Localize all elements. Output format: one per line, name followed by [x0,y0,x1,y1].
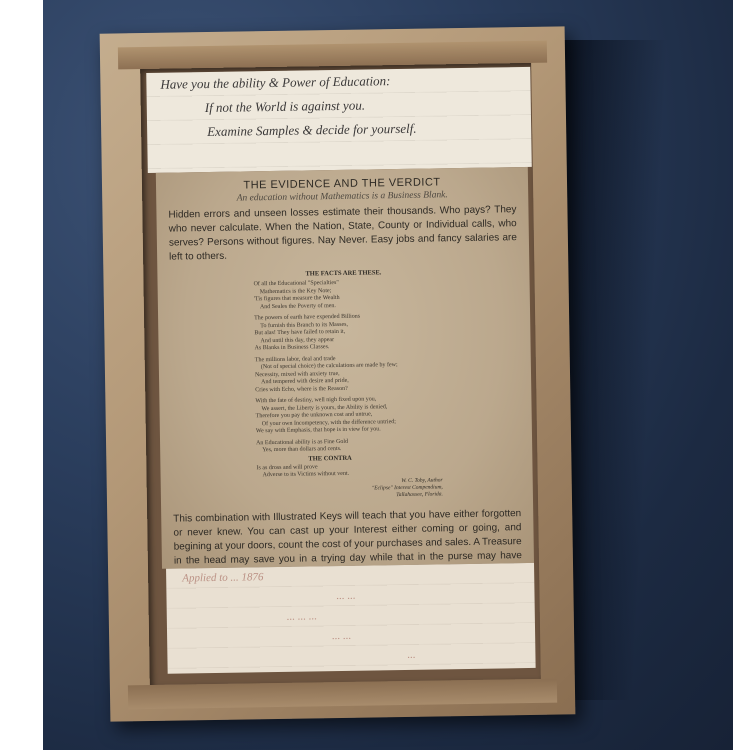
printed-broadside: THE EVIDENCE AND THE VERDICT An educatio… [156,167,534,569]
signature: W. C. Toby, Author "Eclipse" Interest Co… [161,475,533,502]
poem-stanza: The millions labor, deal and trade (Not … [255,352,532,394]
intro-paragraph: Hidden errors and unseen losses estimate… [156,203,529,265]
handwritten-note-top: Have you the ability & Power of Educatio… [146,67,532,173]
poem-stanza: The powers of earth have expended Billio… [254,311,531,353]
poem-stanza: Of all the Educational "Specialties" Mat… [254,277,530,311]
poem-stanza: With the fate of destiny, well nigh fixe… [255,394,532,436]
wooden-frame: Have you the ability & Power of Educatio… [100,26,576,721]
poem: Of all the Educational "Specialties" Mat… [158,277,533,456]
handwritten-note-bottom: Applied to ... 1876 ... ... ... ... ... … [166,563,536,674]
